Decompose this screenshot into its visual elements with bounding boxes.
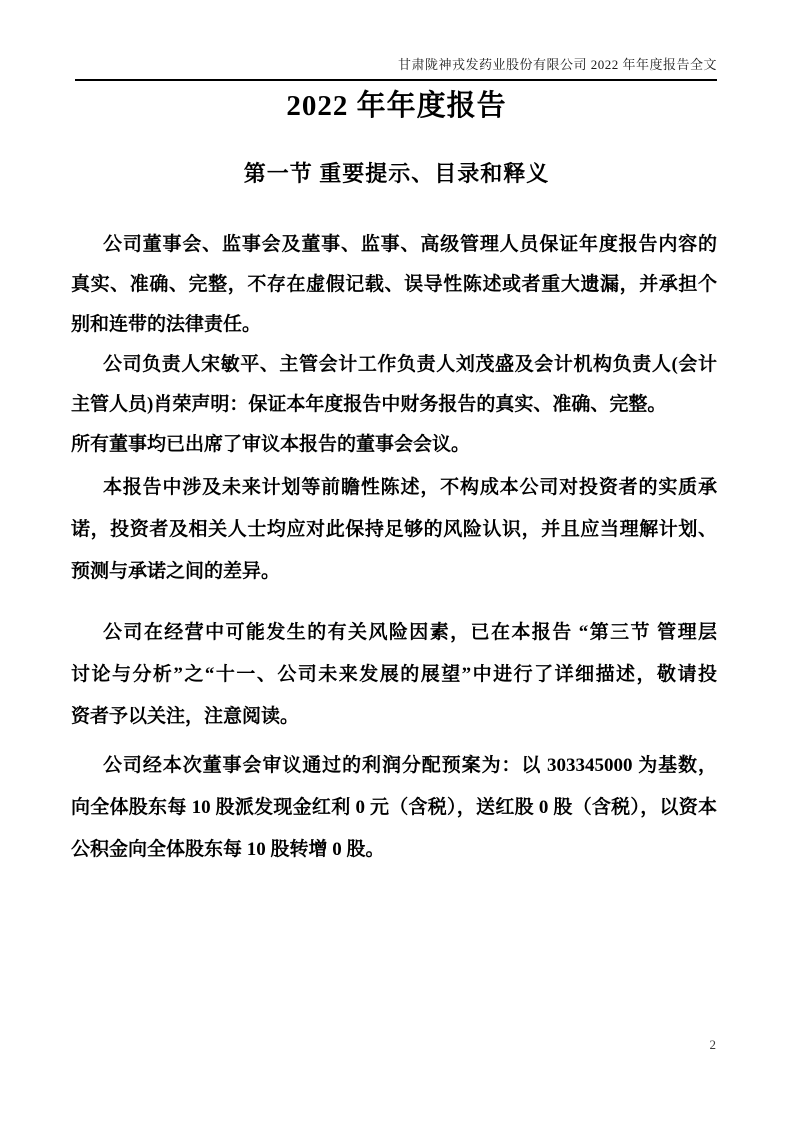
- paragraph-line: 真实、准确、完整，不存在虚假记载、误导性陈述或者重大遗漏，并承担个: [71, 265, 717, 305]
- paragraph-line: 预测与承诺之间的差异。: [71, 551, 717, 593]
- paragraph-line: 别和连带的法律责任。: [71, 305, 717, 345]
- paragraph-line: 公司负责人宋敏平、主管会计工作负责人刘茂盛及会计机构负责人(会计: [71, 345, 717, 385]
- page-number: 2: [710, 1037, 717, 1053]
- paragraph-directors-attendance: 所有董事均已出席了审议本报告的董事会会议。: [71, 425, 717, 465]
- paragraph-line: 本报告中涉及未来计划等前瞻性陈述，不构成本公司对投资者的实质承: [71, 467, 717, 509]
- paragraph-line: 公司董事会、监事会及董事、监事、高级管理人员保证年度报告内容的: [71, 225, 717, 265]
- paragraph-line: 讨论与分析”之“十一、公司未来发展的展望”中进行了详细描述，敬请投: [71, 654, 717, 696]
- header-rule: [75, 79, 717, 81]
- paragraph-line: 公司在经营中可能发生的有关风险因素，已在本报告 “第三节 管理层: [71, 612, 717, 654]
- paragraph-profit-distribution: 公司经本次董事会审议通过的利润分配预案为：以 303345000 为基数， 向全…: [71, 745, 717, 871]
- running-header: 甘肃陇神戎发药业股份有限公司 2022 年年度报告全文: [75, 56, 717, 74]
- paragraph-line: 主管人员)肖荣声明：保证本年度报告中财务报告的真实、准确、完整。: [71, 385, 717, 425]
- section-heading: 第一节 重要提示、目录和释义: [0, 154, 793, 194]
- report-title: 2022 年年度报告: [0, 84, 793, 128]
- paragraph-line: 资者予以关注，注意阅读。: [71, 696, 717, 738]
- report-page: 甘肃陇神戎发药业股份有限公司 2022 年年度报告全文 2022 年年度报告 第…: [0, 0, 793, 1122]
- paragraph-forward-looking: 本报告中涉及未来计划等前瞻性陈述，不构成本公司对投资者的实质承 诺，投资者及相关…: [71, 467, 717, 593]
- paragraph-line: 公积金向全体股东每 10 股转增 0 股。: [71, 829, 717, 871]
- paragraph-line: 所有董事均已出席了审议本报告的董事会会议。: [71, 425, 717, 465]
- paragraph-line: 向全体股东每 10 股派发现金红利 0 元（含税），送红股 0 股（含税），以资…: [71, 787, 717, 829]
- paragraph-board-guarantee: 公司董事会、监事会及董事、监事、高级管理人员保证年度报告内容的 真实、准确、完整…: [71, 225, 717, 345]
- paragraph-risk-factors: 公司在经营中可能发生的有关风险因素，已在本报告 “第三节 管理层 讨论与分析”之…: [71, 612, 717, 738]
- paragraph-line: 公司经本次董事会审议通过的利润分配预案为：以 303345000 为基数，: [71, 745, 717, 787]
- paragraph-responsible-persons: 公司负责人宋敏平、主管会计工作负责人刘茂盛及会计机构负责人(会计 主管人员)肖荣…: [71, 345, 717, 425]
- paragraph-line: 诺，投资者及相关人士均应对此保持足够的风险认识，并且应当理解计划、: [71, 509, 717, 551]
